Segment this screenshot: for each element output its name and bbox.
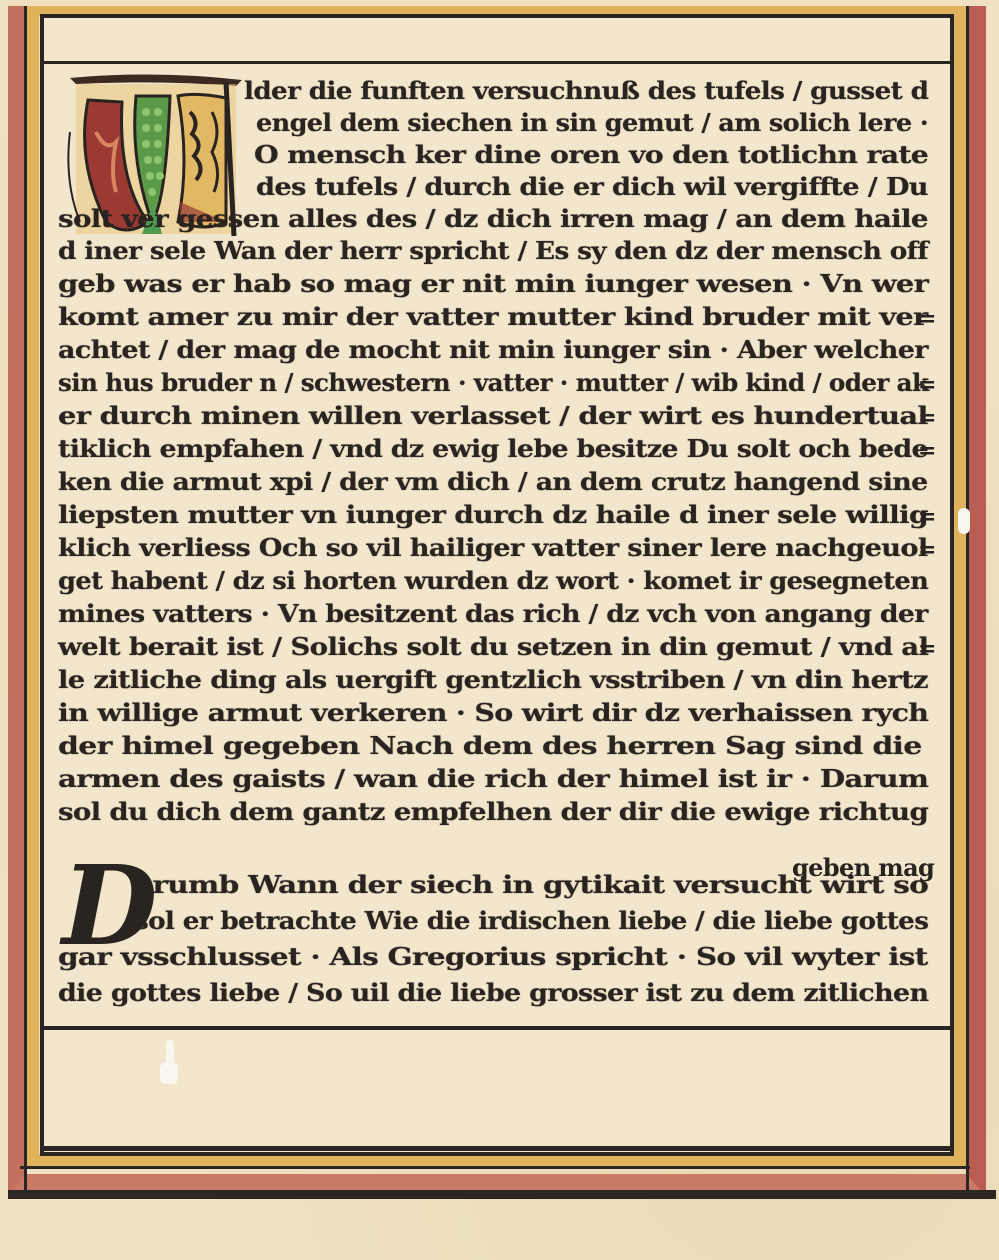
text-line: sin hus bruder n / schwestern · vatter ·… xyxy=(58,368,928,398)
hyphen-mark: = xyxy=(918,636,936,662)
text-line: O mensch ker dine oren vo den totlichn r… xyxy=(254,140,928,170)
hyphen-mark: = xyxy=(918,537,936,563)
text-line: der himel gegeben Nach dem des herren Sa… xyxy=(58,731,922,761)
text-line: er durch minen willen verlasset / der wi… xyxy=(58,401,928,431)
text-line: sol du dich dem gantz empfelhen der dir … xyxy=(58,797,928,827)
text-line: ken die armut xpi / der vm dich / an dem… xyxy=(58,467,927,497)
text-line: mines vatters · Vn besitzent das rich / … xyxy=(58,599,928,629)
text-line: die gottes liebe / So uil die liebe gros… xyxy=(58,978,928,1008)
text-line: gar vsschlusset · Als Gregorius spricht … xyxy=(58,942,928,972)
frame-rule xyxy=(8,1190,996,1199)
text-line: sol er betrachte Wie die irdischen liebe… xyxy=(134,906,928,936)
text-line: get habent / dz si horten wurden dz wort… xyxy=(58,566,928,596)
text-line: le zitliche ding als uergift gentzlich v… xyxy=(58,665,928,695)
text-line: solt ver gessen alles des / dz dich irre… xyxy=(58,204,928,234)
frame-rule xyxy=(24,6,27,1198)
text-line: arumb Wann der siech in gytikait versuch… xyxy=(134,870,928,900)
text-bottom-rule xyxy=(44,1026,950,1030)
initial-d: D xyxy=(62,858,132,954)
text-line: d iner sele Wan der herr spricht / Es sy… xyxy=(58,236,928,266)
hyphen-mark: = xyxy=(918,372,936,398)
hyphen-mark: = xyxy=(918,405,936,431)
frame-rule xyxy=(966,6,969,1198)
text-line: welt berait ist / Solichs solt du setzen… xyxy=(58,632,928,662)
text-line: engel dem siechen in sin gemut / am soli… xyxy=(256,108,928,138)
text-line: armen des gaists / wan die rich der hime… xyxy=(58,764,928,794)
text-line: komt amer zu mir der vatter mutter kind … xyxy=(58,302,927,332)
text-line: lder die funften versuchnuß des tufels /… xyxy=(244,76,928,106)
hyphen-mark: = xyxy=(918,438,936,464)
text-line: des tufels / durch die er dich wil vergi… xyxy=(256,172,928,202)
text-line: achtet / der mag de mocht nit min iunger… xyxy=(58,335,928,365)
text-line: geb was er hab so mag er nit min iunger … xyxy=(58,269,928,299)
hyphen-mark: = xyxy=(918,504,936,530)
inner-bottom-rule xyxy=(44,1146,950,1151)
paper-loss xyxy=(958,508,970,534)
hyphen-mark: = xyxy=(918,306,936,332)
paper-loss xyxy=(160,1062,178,1084)
text-line: liepsten mutter vn iunger durch dz haile… xyxy=(58,500,928,530)
frame-rule xyxy=(20,1166,970,1169)
text-line: in willige armut verkeren · So wirt dir … xyxy=(58,698,928,728)
text-line: tiklich empfahen / vnd dz ewig lebe besi… xyxy=(58,434,928,464)
header-rule xyxy=(44,61,950,64)
text-line: klich verliess Och so vil hailiger vatte… xyxy=(58,533,928,563)
